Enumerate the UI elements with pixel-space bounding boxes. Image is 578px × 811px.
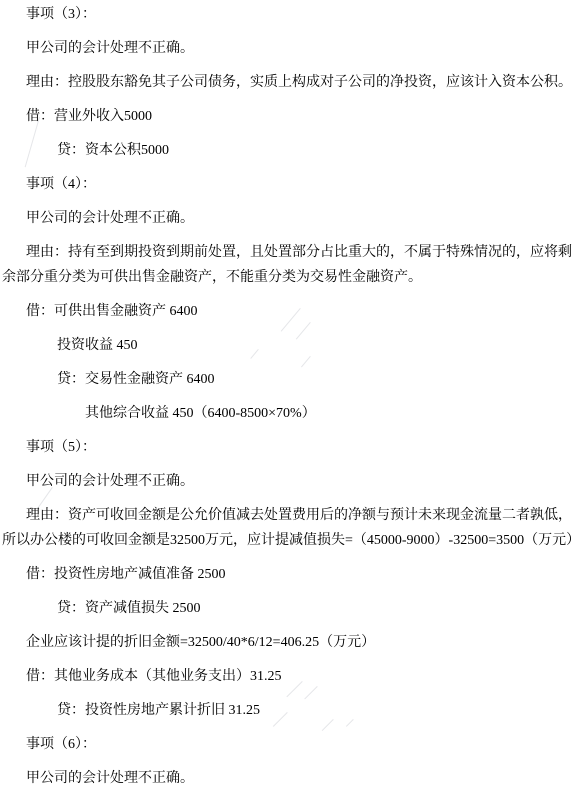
reason-paragraph: 理由：资产可收回金额是公允价值减去处置费用后的净额与预计未来现金流量二者孰低，所… [2, 503, 576, 553]
journal-debit-line-2: 投资收益 450 [2, 333, 576, 358]
calculation-line: 企业应该计提的折旧金额=32500/40*6/12=406.25（万元） [2, 630, 576, 655]
conclusion-line: 甲公司的会计处理不正确。 [2, 469, 576, 494]
journal-credit-line: 贷：资产减值损失 2500 [2, 596, 576, 621]
conclusion-line: 甲公司的会计处理不正确。 [2, 36, 576, 61]
reason-paragraph: 理由：持有至到期投资到期前处置，且处置部分占比重大的，不属于特殊情况的，应将剩余… [2, 240, 576, 290]
reason-paragraph: 理由：控股股东豁免其子公司债务，实质上构成对子公司的净投资，应该计入资本公积。 [2, 70, 576, 95]
journal-debit-line: 借：营业外收入5000 [2, 104, 576, 129]
journal-debit-line: 借：其他业务成本（其他业务支出）31.25 [2, 664, 576, 689]
section-heading-item5: 事项（5）： [2, 435, 576, 460]
section-heading-item6: 事项（6）： [2, 732, 576, 757]
document-page: 事项（3）： 甲公司的会计处理不正确。 理由：控股股东豁免其子公司债务，实质上构… [0, 0, 578, 811]
journal-credit-line-2: 其他综合收益 450（6400-8500×70%） [2, 401, 576, 426]
journal-credit-line: 贷：资本公积5000 [2, 138, 576, 163]
conclusion-line: 甲公司的会计处理不正确。 [2, 206, 576, 231]
journal-credit-line: 贷：投资性房地产累计折旧 31.25 [2, 698, 576, 723]
section-heading-item4: 事项（4）： [2, 172, 576, 197]
journal-credit-line: 贷：交易性金融资产 6400 [2, 367, 576, 392]
section-heading-item3: 事项（3）： [2, 2, 576, 27]
journal-debit-line: 借：可供出售金融资产 6400 [2, 299, 576, 324]
journal-debit-line: 借：投资性房地产减值准备 2500 [2, 562, 576, 587]
conclusion-line: 甲公司的会计处理不正确。 [2, 766, 576, 791]
